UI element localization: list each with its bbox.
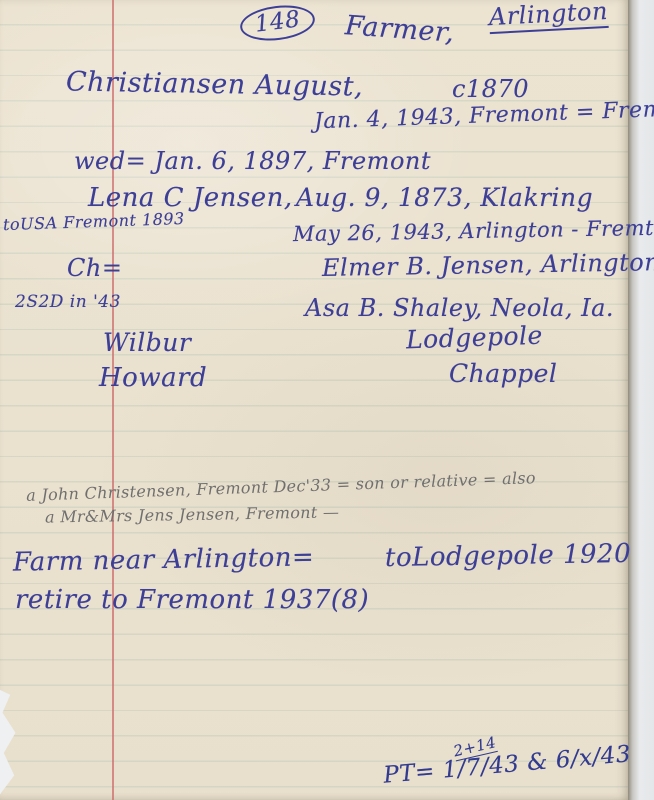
spouse-birth-line: Aug. 9, 1873, Klakring: [296, 183, 593, 212]
lodgepole-note: toLodgepole 1920: [385, 539, 632, 573]
farm-note: Farm near Arlington=: [13, 542, 315, 577]
scanned-record-page: 148 Farmer, Arlington Christiansen Augus…: [0, 0, 654, 800]
subject-name: Christiansen August,: [66, 66, 364, 102]
child-entry-name: Howard: [99, 363, 207, 393]
child-entry-place: Chappel: [449, 359, 557, 388]
child-entry-place: Lodgepole: [406, 321, 544, 355]
spouse-name: Lena C Jensen,: [88, 183, 293, 213]
retirement-note: retire to Fremont 1937(8): [15, 585, 369, 615]
red-margin-line: [112, 0, 114, 800]
child-entry: Elmer B. Jensen, Arlington: [322, 248, 654, 282]
child-entry: Asa B. Shaley, Neola, Ia.: [305, 294, 614, 322]
child-entry-name: Wilbur: [103, 328, 191, 357]
marriage-line: wed= Jan. 6, 1897, Fremont: [74, 147, 431, 175]
subject-birth-year: c1870: [452, 75, 529, 103]
children-count-note: 2S2D in '43: [15, 292, 121, 312]
children-label: Ch=: [67, 254, 122, 282]
